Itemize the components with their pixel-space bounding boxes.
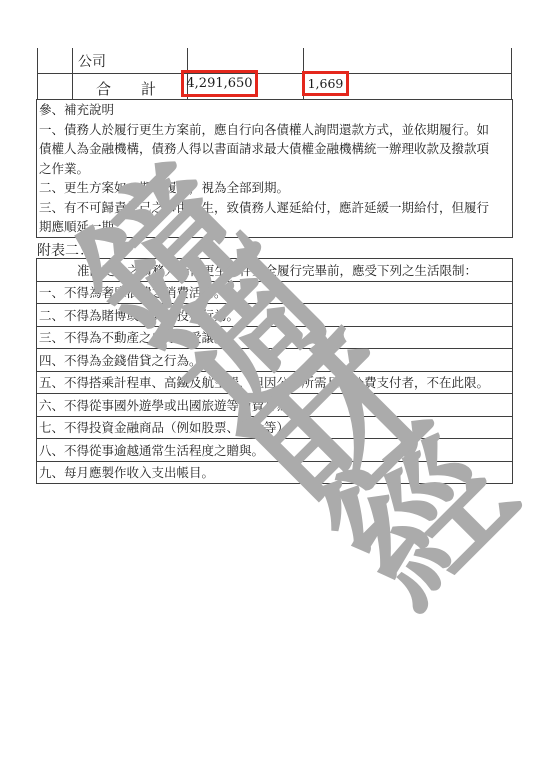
highlight-box-total-amount: 4,291,650 [181, 70, 258, 97]
table-row: 三、不得為不動產之處分或受讓。 [37, 326, 512, 349]
total-row-label: 合計 [96, 78, 186, 99]
table-row: 七、不得投資金融商品（例如股票、基金等）。 [37, 416, 512, 439]
notes-line: 期應順延一期。 [37, 217, 512, 237]
table-row: 五、不得搭乘計程車、高鐵及航空器，但因公務所需且由公費支付者，不在此限。 [37, 371, 512, 394]
total-count-value: 1,669 [308, 76, 344, 91]
notes-line: 一、債務人於履行更生方案前，應自行向各債權人詢問還款方式，並依期履行。如 [37, 120, 512, 140]
life-restrictions-table: 准許更生之債務人未依更生條件完全履行完畢前，應受下列之生活限制： 一、不得為奢靡… [36, 258, 513, 484]
supplementary-notes-box: 參、補充說明 一、債務人於履行更生方案前，應自行向各債權人詢問還款方式，並依期履… [36, 99, 513, 238]
table-row: 二、不得為賭博或為其他投機行為。 [37, 303, 512, 326]
table-header-row: 准許更生之債務人未依更生條件完全履行完畢前，應受下列之生活限制： [37, 259, 512, 281]
notes-line: 債權人為金融機構，債務人得以書面請求最大債權金融機構統一辦理收款及撥款項 [37, 139, 512, 159]
notes-line: 二、更生方案如一期未履行，視為全部到期。 [37, 178, 512, 198]
notes-line: 三、有不可歸責於己之事由發生，致債務人遲延給付，應許延緩一期給付，但履行 [37, 198, 512, 218]
table-row: 四、不得為金錢借貸之行為。 [37, 348, 512, 371]
table-row: 一、不得為奢靡浪費之消費活動。 [37, 281, 512, 304]
table-row: 八、不得從事逾越通常生活程度之贈與。 [37, 438, 512, 461]
company-cell: 公司 [78, 51, 106, 71]
notes-title: 參、補充說明 [37, 100, 512, 120]
table-row: 六、不得從事國外遊學或出國旅遊等消費行為。 [37, 393, 512, 416]
total-amount-value: 4,291,650 [186, 76, 252, 91]
table-rule [37, 73, 512, 74]
document-page: 公司 合計 4,291,650 1,669 參、補充說明 一、債務人於履行更生方… [0, 0, 550, 778]
table-row: 九、每月應製作收入支出帳目。 [37, 461, 512, 484]
appendix-two-label: 附表二： [37, 240, 93, 260]
highlight-box-total-count: 1,669 [302, 71, 349, 96]
notes-line: 之作業。 [37, 159, 512, 179]
